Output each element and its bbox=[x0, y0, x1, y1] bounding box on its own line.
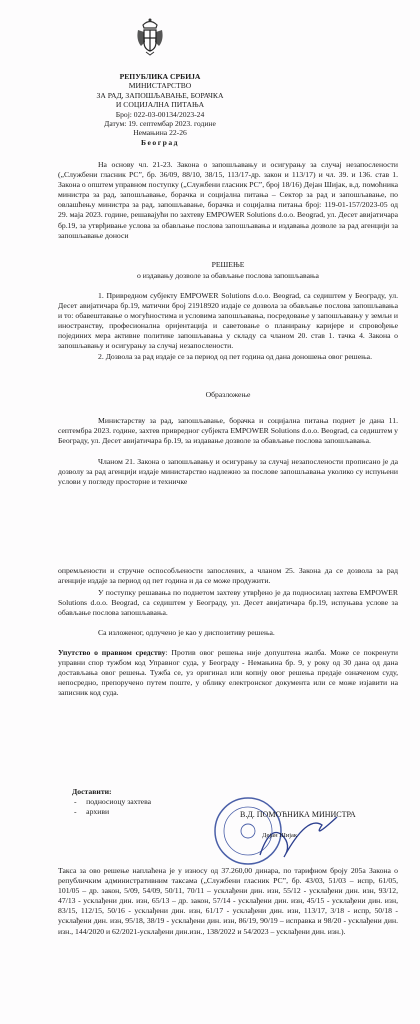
decision-subtitle: о издавању дозволе за обављање послова з… bbox=[58, 271, 398, 281]
republic-name: РЕПУБЛИКА СРБИЈА bbox=[60, 72, 260, 81]
delivery-item: - подносиоцу захтева bbox=[72, 797, 222, 807]
legal-remedy-label: Упутство о правном средству bbox=[58, 648, 165, 657]
reasoning-paragraph-3: У поступку решавања по поднетом захтеву … bbox=[58, 588, 398, 618]
city: Београд bbox=[60, 138, 260, 147]
fee-notice: Такса за ово решење наплаћена је у износ… bbox=[58, 866, 398, 937]
reasoning-paragraph-2b: опремљености и стручне оспособљености за… bbox=[58, 566, 398, 586]
reasoning-paragraph-2a: Чланом 21. Закона о запошљавању и осигур… bbox=[58, 457, 398, 487]
reasoning-paragraph-1: Министарству за рад, запошљавање, борачк… bbox=[58, 416, 398, 446]
document-header: РЕПУБЛИКА СРБИЈА МИНИСТАРСТВО ЗА РАД, ЗА… bbox=[60, 72, 260, 147]
coat-of-arms-icon bbox=[135, 16, 165, 56]
signatory-name: Дејан Шијак bbox=[262, 831, 322, 841]
ministry-line-2: ЗА РАД, ЗАПОШЉАВАЊЕ, БОРАЧКА bbox=[60, 91, 260, 100]
delivery-list: Доставити: - подносиоцу захтева - архиви bbox=[72, 787, 222, 817]
decision-title: РЕШЕЊЕ bbox=[58, 260, 398, 270]
reasoning-paragraph-4: Са изложеног, одлучено је као у диспозит… bbox=[58, 628, 398, 638]
legal-remedy: Упутство о правном средству: Против овог… bbox=[58, 648, 398, 698]
ministry-line-3: И СОЦИЈАЛНА ПИТАЊА bbox=[60, 100, 260, 109]
delivery-title: Доставити: bbox=[72, 787, 222, 797]
document-date: Датум: 19. септембар 2023. године bbox=[60, 119, 260, 128]
delivery-item: - архиви bbox=[72, 807, 222, 817]
decision-item-2: 2. Дозвола за рад издаје се за период од… bbox=[98, 352, 398, 362]
street-address: Немањина 22-26 bbox=[60, 128, 260, 137]
ministry-line-1: МИНИСТАРСТВО bbox=[60, 81, 260, 90]
document-number: Број: 022-03-00134/2023-24 bbox=[60, 110, 260, 119]
signatory-title: В.Д. ПОМОЋНИКА МИНИСТРА bbox=[240, 810, 390, 820]
preamble: На основу чл. 21-23. Закона о запошљавањ… bbox=[58, 160, 398, 241]
reasoning-title: Образложење bbox=[58, 390, 398, 400]
decision-item-1: 1. Привредном субјекту EMPOWER Solutions… bbox=[58, 291, 398, 352]
